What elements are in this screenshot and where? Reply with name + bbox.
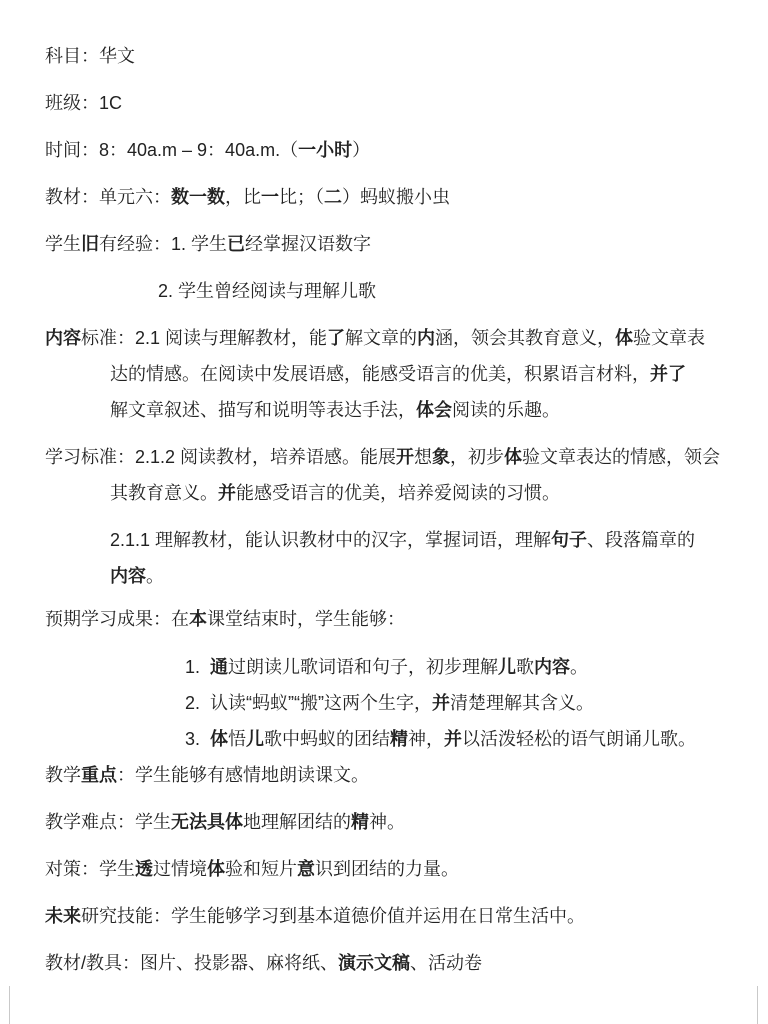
text-segment: 经掌握汉语数字	[245, 234, 371, 254]
text-segment: 有经验：1. 学生	[99, 234, 227, 254]
text-segment: 验文章表	[633, 328, 705, 348]
outcome-item-2: 2. 认读“蚂蚁”“搬”这两个生字，并清楚理解其含义。	[45, 693, 730, 714]
text-segment: 。	[146, 566, 164, 586]
text-segment: ）蚂蚁搬小虫	[342, 187, 450, 207]
text-segment: 以活泼轻松的语气朗诵儿歌。	[462, 729, 696, 749]
text-segment: 无法具体	[171, 812, 243, 832]
learning-standard-line-4: 内容。	[45, 566, 730, 587]
text-segment: 了	[327, 328, 345, 348]
text-segment: 1.	[185, 657, 210, 677]
text-segment: 学生	[45, 234, 81, 254]
text-segment: 本	[189, 609, 207, 629]
text-segment: 课堂结束时，学生能够：	[207, 609, 405, 629]
class-line: 班级：1C	[45, 93, 730, 114]
text-segment: 教学难点：学生	[45, 812, 171, 832]
text-segment: 达的情感。在阅读中发展语感，能感受语言的优美，积累语言材料，	[110, 364, 650, 384]
text-segment: 2. 学生曾经阅读与理解儿歌	[158, 281, 376, 301]
page-edge-right	[757, 986, 758, 1024]
time-line: 时间：8：40a.m – 9：40a.m.（一小时）	[45, 140, 730, 161]
text-segment: 旧	[81, 234, 99, 254]
content-standard-line-2: 达的情感。在阅读中发展语感，能感受语言的优美，积累语言材料，并了	[45, 364, 730, 385]
text-segment: 开	[396, 447, 414, 467]
text-segment: 体	[207, 859, 225, 879]
prior-knowledge-line-2: 2. 学生曾经阅读与理解儿歌	[45, 281, 730, 302]
text-segment: 对策：学生	[45, 859, 135, 879]
learning-standard-line-3: 2.1.1 理解教材，能认识教材中的汉字，掌握词语，理解句子、段落篇章的	[45, 530, 730, 551]
text-segment: 其教育意义。	[110, 483, 218, 503]
text-segment: 。	[570, 657, 588, 677]
text-segment: 解文章叙述、描写和说明等表达手法，	[110, 400, 416, 420]
text-segment: 内容	[534, 657, 570, 677]
text-segment: 歌中蚂蚁的团结	[264, 729, 390, 749]
text-segment: ：学生能够有感情地朗读课文。	[117, 765, 369, 785]
text-segment: 二	[324, 187, 342, 207]
learning-standard-line-1: 学习标准：2.1.2 阅读教材，培养语感。能展开想象，初步体验文章表达的情感，领…	[45, 447, 730, 468]
text-segment: ）	[352, 140, 370, 160]
text-segment: 班级：1C	[45, 93, 122, 113]
outcome-item-3: 3. 体悟儿歌中蚂蚁的团结精神，并以活泼轻松的语气朗诵儿歌。	[45, 729, 730, 750]
text-segment: 过情境	[153, 859, 207, 879]
text-segment: 未来	[45, 906, 81, 926]
text-segment: 科目：华文	[45, 46, 135, 66]
text-segment: 标准：2.1 阅读与理解教材，能	[81, 328, 327, 348]
content-standard-line-1: 内容标准：2.1 阅读与理解教材，能了解文章的内涵，领会其教育意义，体验文章表	[45, 328, 730, 349]
text-segment: 精	[351, 812, 369, 832]
text-segment: 意	[297, 859, 315, 879]
text-segment: 内容	[110, 566, 146, 586]
text-segment: 比；（	[279, 187, 324, 207]
text-segment: 儿	[246, 729, 264, 749]
text-segment: 数一数	[171, 187, 225, 207]
text-segment: 体	[504, 447, 522, 467]
teaching-focus-line: 教学重点：学生能够有感情地朗读课文。	[45, 765, 730, 786]
text-segment: 重点	[81, 765, 117, 785]
text-segment: 体	[615, 328, 633, 348]
text-segment: 能感受语言的优美，培养爱阅读的习惯。	[236, 483, 560, 503]
text-segment: 预期学习成果：在	[45, 609, 189, 629]
text-segment: 验文章表达的情感，领会	[522, 447, 720, 467]
text-segment: 神。	[369, 812, 405, 832]
outcome-item-1: 1. 通过朗读儿歌词语和句子，初步理解儿歌内容。	[45, 657, 730, 678]
text-segment: 演示文稿	[338, 953, 410, 973]
text-segment: 句子	[551, 530, 587, 550]
text-segment: 想	[414, 447, 432, 467]
text-segment: 学习标准：2.1.2 阅读教材，培养语感。能展	[45, 447, 396, 467]
text-segment: 2. 认读“蚂蚁”“搬”这两个生字，	[185, 693, 432, 713]
document-page: 科目：华文班级：1C时间：8：40a.m – 9：40a.m.（一小时）教材：单…	[0, 0, 768, 1024]
page-edge-left	[9, 986, 10, 1024]
text-segment: 验和短片	[225, 859, 297, 879]
text-segment: 涵，领会其教育意义，	[435, 328, 615, 348]
text-segment: 神，	[408, 729, 444, 749]
materials-line: 教材：单元六：数一数，比一比；（二）蚂蚁搬小虫	[45, 187, 730, 208]
text-segment: 并	[432, 693, 450, 713]
content-standard-line-3: 解文章叙述、描写和说明等表达手法，体会阅读的乐趣。	[45, 400, 730, 421]
teaching-difficulty-line: 教学难点：学生无法具体地理解团结的精神。	[45, 812, 730, 833]
text-segment: 内容	[45, 328, 81, 348]
text-segment: 教材：单元六：	[45, 187, 171, 207]
text-segment: 、段落篇章的	[587, 530, 695, 550]
text-segment: 儿	[498, 657, 516, 677]
text-segment: 教材/教具：图片、投影器、麻将纸、	[45, 953, 338, 973]
text-segment: 体	[210, 729, 228, 749]
learning-standard-line-2: 其教育意义。并能感受语言的优美，培养爱阅读的习惯。	[45, 483, 730, 504]
text-segment: 一	[261, 187, 279, 207]
text-segment: 清楚理解其含义。	[450, 693, 594, 713]
strategy-line: 对策：学生透过情境体验和短片意识到团结的力量。	[45, 859, 730, 880]
text-segment: 3.	[185, 729, 210, 749]
text-segment: 2.1.1 理解教材，能认识教材中的汉字，掌握词语，理解	[110, 530, 551, 550]
text-segment: 象	[432, 447, 450, 467]
text-segment: 歌	[516, 657, 534, 677]
text-segment: 地理解团结的	[243, 812, 351, 832]
text-segment: 精	[390, 729, 408, 749]
future-skills-line: 未来研究技能：学生能够学习到基本道德价值并运用在日常生活中。	[45, 906, 730, 927]
text-segment: 一小时	[298, 140, 352, 160]
text-segment: ，初步	[450, 447, 504, 467]
text-segment: 通	[210, 657, 228, 677]
text-segment: 体会	[416, 400, 452, 420]
text-segment: 透	[135, 859, 153, 879]
subject-line: 科目：华文	[45, 46, 730, 67]
text-segment: 识到团结的力量。	[315, 859, 459, 879]
text-segment: 、活动卷	[410, 953, 482, 973]
text-segment: 并	[218, 483, 236, 503]
text-segment: 时间：8：40a.m – 9：40a.m.（	[45, 140, 298, 160]
text-segment: 并	[444, 729, 462, 749]
text-segment: 研究技能：学生能够学习到基本道德价值并运用在日常生活中。	[81, 906, 585, 926]
text-segment: 已	[227, 234, 245, 254]
teaching-aids-line: 教材/教具：图片、投影器、麻将纸、演示文稿、活动卷	[45, 953, 730, 974]
text-segment: 解文章的	[345, 328, 417, 348]
text-segment: 教学	[45, 765, 81, 785]
text-segment: 过朗读儿歌词语和句子，初步理解	[228, 657, 498, 677]
prior-knowledge-line-1: 学生旧有经验：1. 学生已经掌握汉语数字	[45, 234, 730, 255]
text-segment: ，比	[225, 187, 261, 207]
document-content: 科目：华文班级：1C时间：8：40a.m – 9：40a.m.（一小时）教材：单…	[0, 0, 768, 974]
expected-outcomes-line: 预期学习成果：在本课堂结束时，学生能够：	[45, 609, 730, 630]
text-segment: 内	[417, 328, 435, 348]
text-segment: 阅读的乐趣。	[452, 400, 560, 420]
text-segment: 并了	[650, 364, 686, 384]
text-segment: 悟	[228, 729, 246, 749]
